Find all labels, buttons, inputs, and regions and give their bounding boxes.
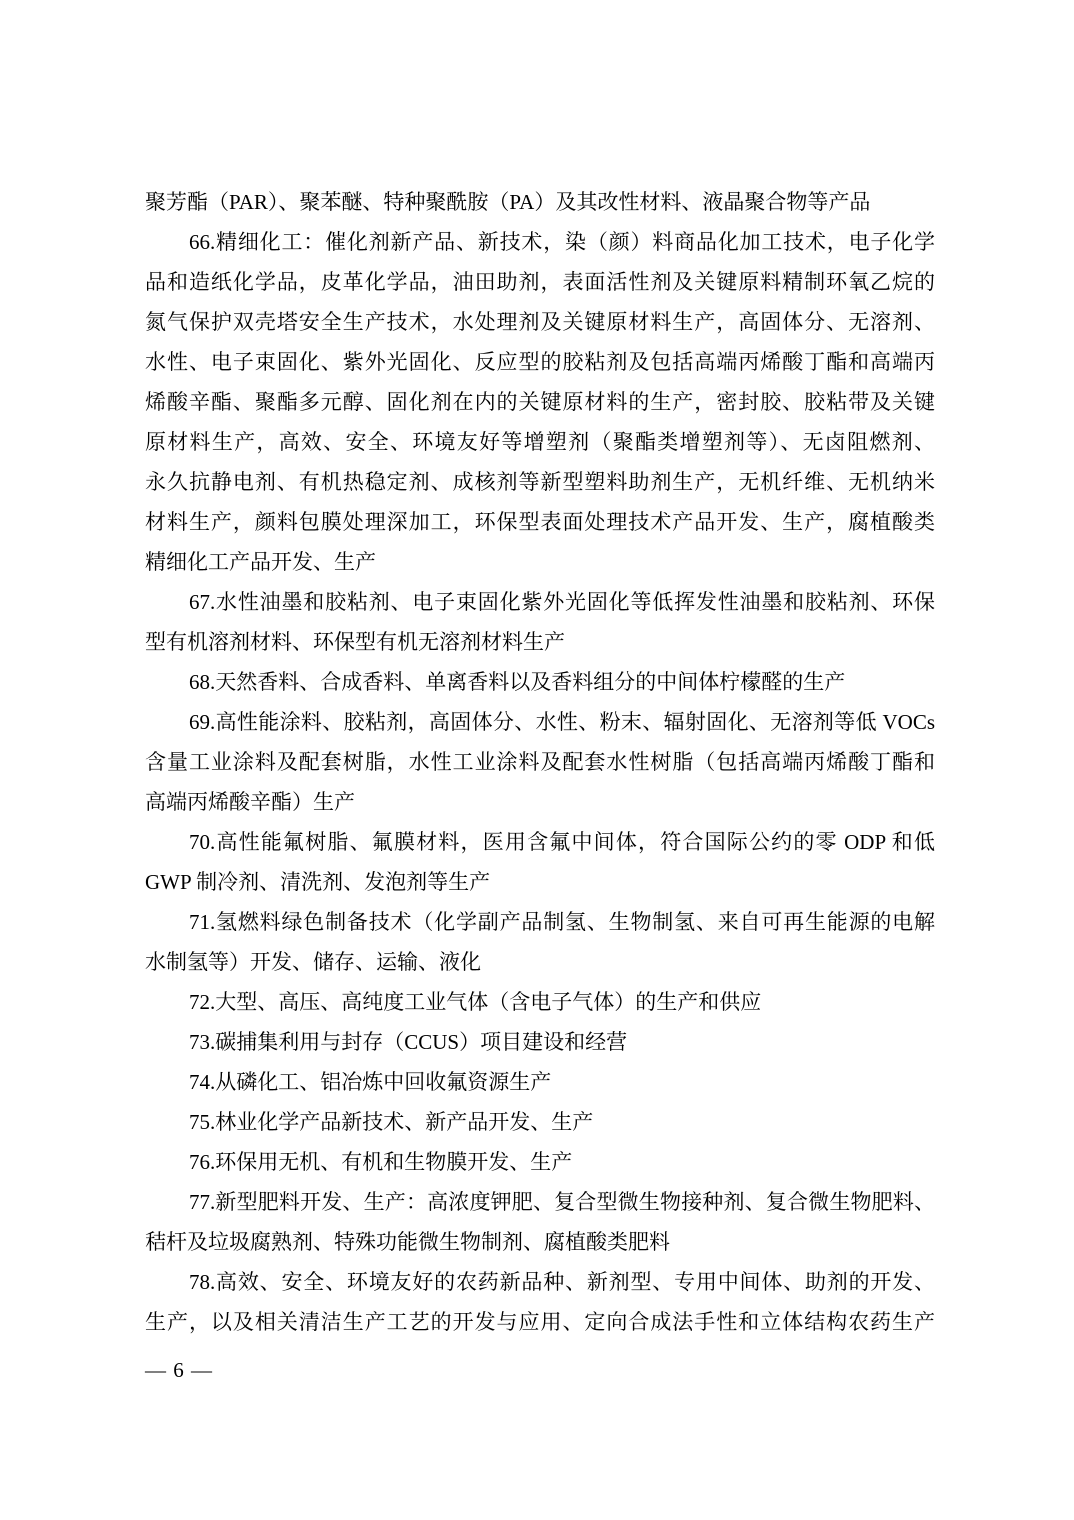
text-line: 75.林业化学产品新技术、新产品开发、生产 [145,1102,935,1142]
text-line: 氮气保护双壳塔安全生产技术，水处理剂及关键原材料生产，高固体分、无溶剂、 [145,302,935,342]
text-line: 71.氢燃料绿色制备技术（化学副产品制氢、生物制氢、来自可再生能源的电解 [145,902,935,942]
text-line: 73.碳捕集利用与封存（CCUS）项目建设和经营 [145,1022,935,1062]
text-line: 永久抗静电剂、有机热稳定剂、成核剂等新型塑料助剂生产，无机纤维、无机纳米 [145,462,935,502]
text-line: 68.天然香料、合成香料、单离香料以及香料组分的中间体柠檬醛的生产 [145,662,935,702]
text-line: 67.水性油墨和胶粘剂、电子束固化紫外光固化等低挥发性油墨和胶粘剂、环保 [145,582,935,622]
text-line: 69.高性能涂料、胶粘剂，高固体分、水性、粉末、辐射固化、无溶剂等低 VOCs [145,702,935,742]
text-line: 78.高效、安全、环境友好的农药新品种、新剂型、专用中间体、助剂的开发、 [145,1262,935,1302]
text-line: 型有机溶剂材料、环保型有机无溶剂材料生产 [145,622,935,662]
text-line: 生产，以及相关清洁生产工艺的开发与应用、定向合成法手性和立体结构农药生产 [145,1302,935,1342]
document-body: 聚芳酯（PAR）、聚苯醚、特种聚酰胺（PA）及其改性材料、液晶聚合物等产品66.… [145,182,935,1342]
text-line: 聚芳酯（PAR）、聚苯醚、特种聚酰胺（PA）及其改性材料、液晶聚合物等产品 [145,182,935,222]
text-line: 72.大型、高压、高纯度工业气体（含电子气体）的生产和供应 [145,982,935,1022]
text-line: 高端丙烯酸辛酯）生产 [145,782,935,822]
text-line: 含量工业涂料及配套树脂，水性工业涂料及配套水性树脂（包括高端丙烯酸丁酯和 [145,742,935,782]
text-line: 77.新型肥料开发、生产：高浓度钾肥、复合型微生物接种剂、复合微生物肥料、 [145,1182,935,1222]
page-number: — 6 — [145,1350,213,1390]
text-line: 70.高性能氟树脂、氟膜材料，医用含氟中间体，符合国际公约的零 ODP 和低 [145,822,935,862]
text-line: 76.环保用无机、有机和生物膜开发、生产 [145,1142,935,1182]
text-line: 秸杆及垃圾腐熟剂、特殊功能微生物制剂、腐植酸类肥料 [145,1222,935,1262]
text-line: 原材料生产，高效、安全、环境友好等增塑剂（聚酯类增塑剂等）、无卤阻燃剂、 [145,422,935,462]
text-line: GWP 制冷剂、清洗剂、发泡剂等生产 [145,862,935,902]
text-line: 烯酸辛酯、聚酯多元醇、固化剂在内的关键原材料的生产，密封胶、胶粘带及关键 [145,382,935,422]
text-line: 水制氢等）开发、储存、运输、液化 [145,942,935,982]
text-line: 品和造纸化学品，皮革化学品，油田助剂，表面活性剂及关键原料精制环氧乙烷的 [145,262,935,302]
text-line: 66.精细化工：催化剂新产品、新技术，染（颜）料商品化加工技术，电子化学 [145,222,935,262]
text-line: 精细化工产品开发、生产 [145,542,935,582]
document-page: 聚芳酯（PAR）、聚苯醚、特种聚酰胺（PA）及其改性材料、液晶聚合物等产品66.… [0,0,1074,1520]
text-line: 水性、电子束固化、紫外光固化、反应型的胶粘剂及包括高端丙烯酸丁酯和高端丙 [145,342,935,382]
text-line: 材料生产，颜料包膜处理深加工，环保型表面处理技术产品开发、生产，腐植酸类 [145,502,935,542]
text-line: 74.从磷化工、铝冶炼中回收氟资源生产 [145,1062,935,1102]
